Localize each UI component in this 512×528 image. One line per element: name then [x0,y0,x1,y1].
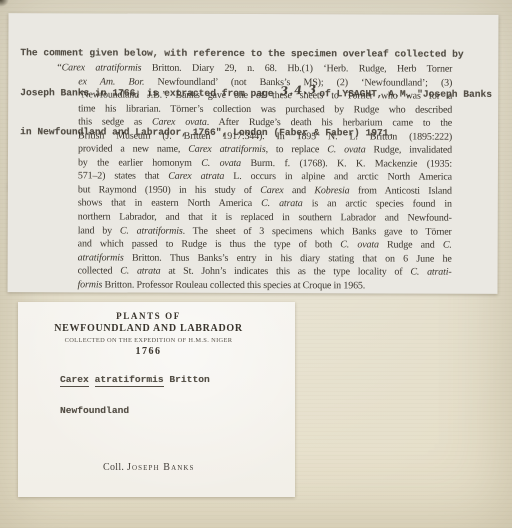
intro-line: The comment given below, with reference … [20,46,494,61]
excerpt-line: ex Am. Bor. Newfoundland’ (not Banks’s M… [78,75,452,90]
collector: Coll. Joseph Banks [103,462,195,473]
excerpt-line: formis Britton. Professor Rouleau collec… [78,278,452,293]
excerpt-line: land by C. atratiformis. The sheet of 3 … [78,224,452,239]
excerpt-line: time his librarian. Törner’s collection … [78,102,452,117]
label-subtitle: COLLECTED ON THE EXPEDITION OF H.M.S. NI… [18,337,279,344]
excerpt-line: but Raymond (1950) in his study of Carex… [78,183,452,198]
herbarium-sheet-photo: The comment given below, with reference … [0,0,512,528]
label-title-line1: PLANTS OF [18,311,279,321]
lysaght-excerpt: “Carex atratiformis Britton. Diary 29, n… [78,61,453,293]
excerpt-line: and which passed to Rudge is thus the ty… [78,237,452,252]
corner-speck [0,0,9,7]
excerpt-line: ‘Newfoundland J.B.’. Banks gave one of t… [78,88,452,103]
label-title-line2: NEWFOUNDLAND AND LABRADOR [18,323,279,334]
excerpt-line: by the earlier homonym C. ovata Burm. f.… [78,156,452,171]
label-year: 1766 [18,346,279,357]
herbarium-label: PLANTS OF NEWFOUNDLAND AND LABRADOR COLL… [18,302,295,497]
excerpt-line: British Museum (J. Britten 1917:344). In… [78,129,452,144]
excerpt-line: collected C. atrata at St. John’s indica… [78,265,452,280]
excerpt-line: 571–2) states that Carex atrata L. occur… [78,170,452,185]
excerpt-line: northern Labrador, and that it is replac… [78,210,452,225]
label-header: PLANTS OF NEWFOUNDLAND AND LABRADOR COLL… [18,302,295,357]
locality: Newfoundland [60,404,129,417]
typed-annotation-note: The comment given below, with reference … [8,13,499,294]
species-name: Carex atratiformis Britton [60,373,210,386]
excerpt-line: provided a new name, Carex atratiformis,… [78,143,452,158]
excerpt-line: shows that in eastern North America C. a… [78,197,452,212]
excerpt-line: “Carex atratiformis Britton. Diary 29, n… [57,61,452,76]
excerpt-line: atratiformis Britton. Thus Banks’s entry… [78,251,452,266]
excerpt-line: this sedge as Carex ovata. After Rudge’s… [78,116,452,131]
